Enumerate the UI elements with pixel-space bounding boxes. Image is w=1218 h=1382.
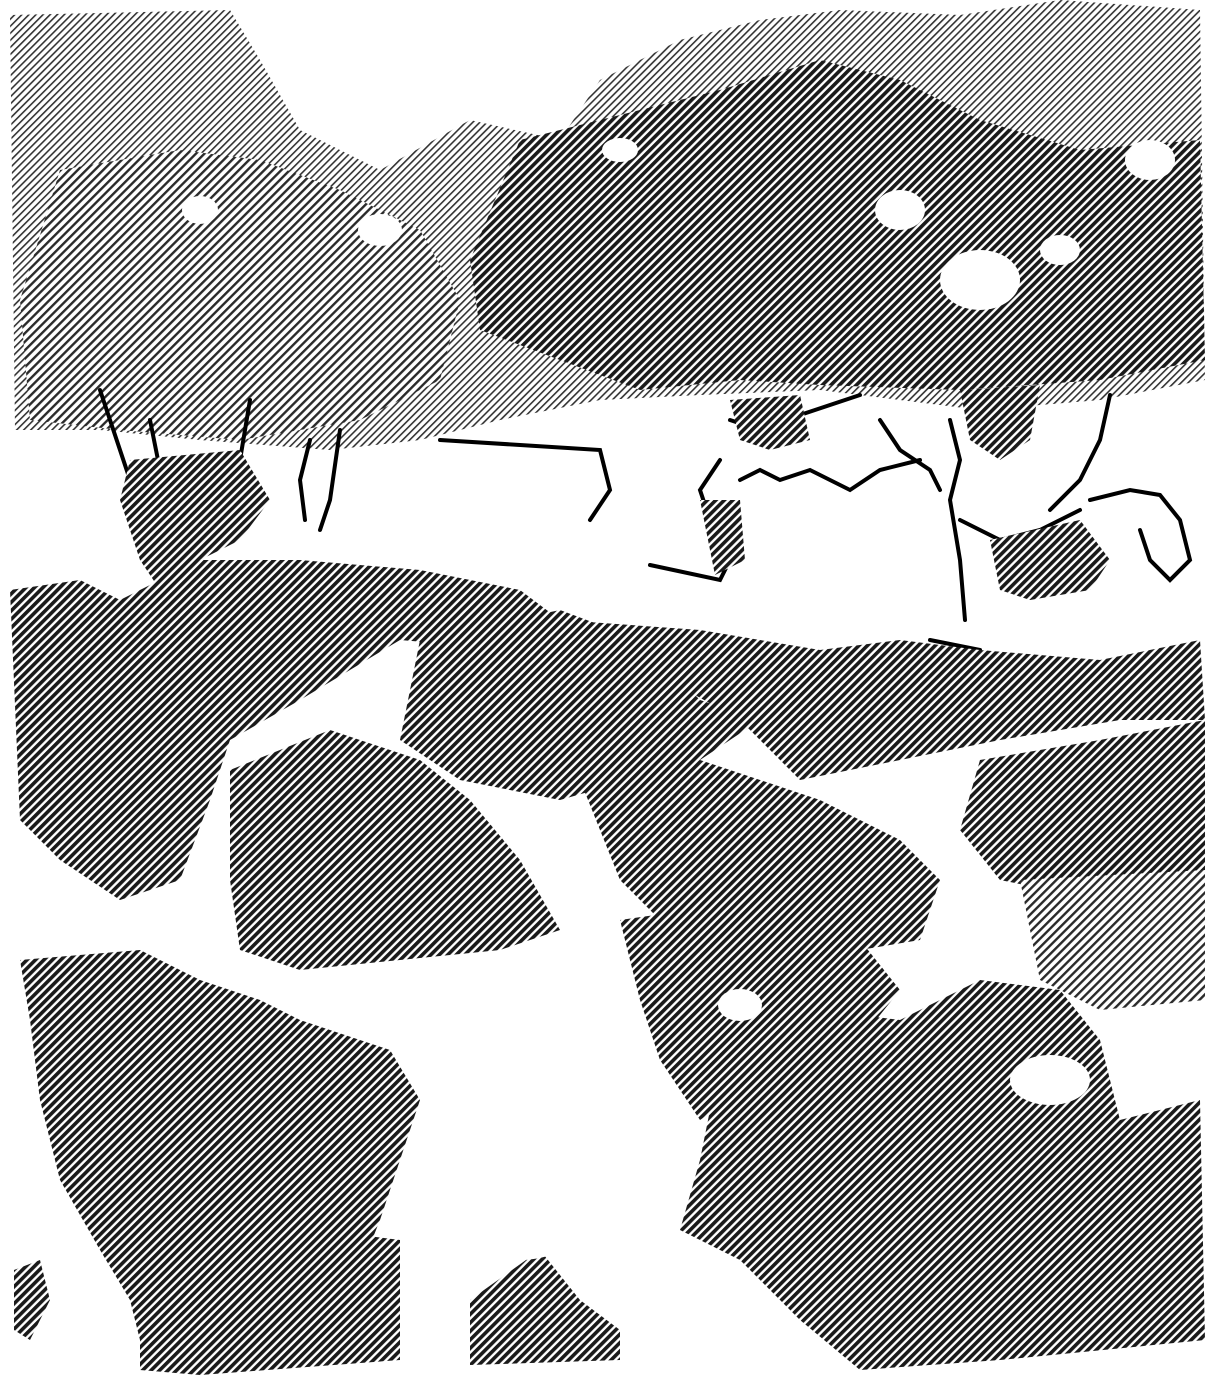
halftone-cloud-image (0, 0, 1218, 1382)
